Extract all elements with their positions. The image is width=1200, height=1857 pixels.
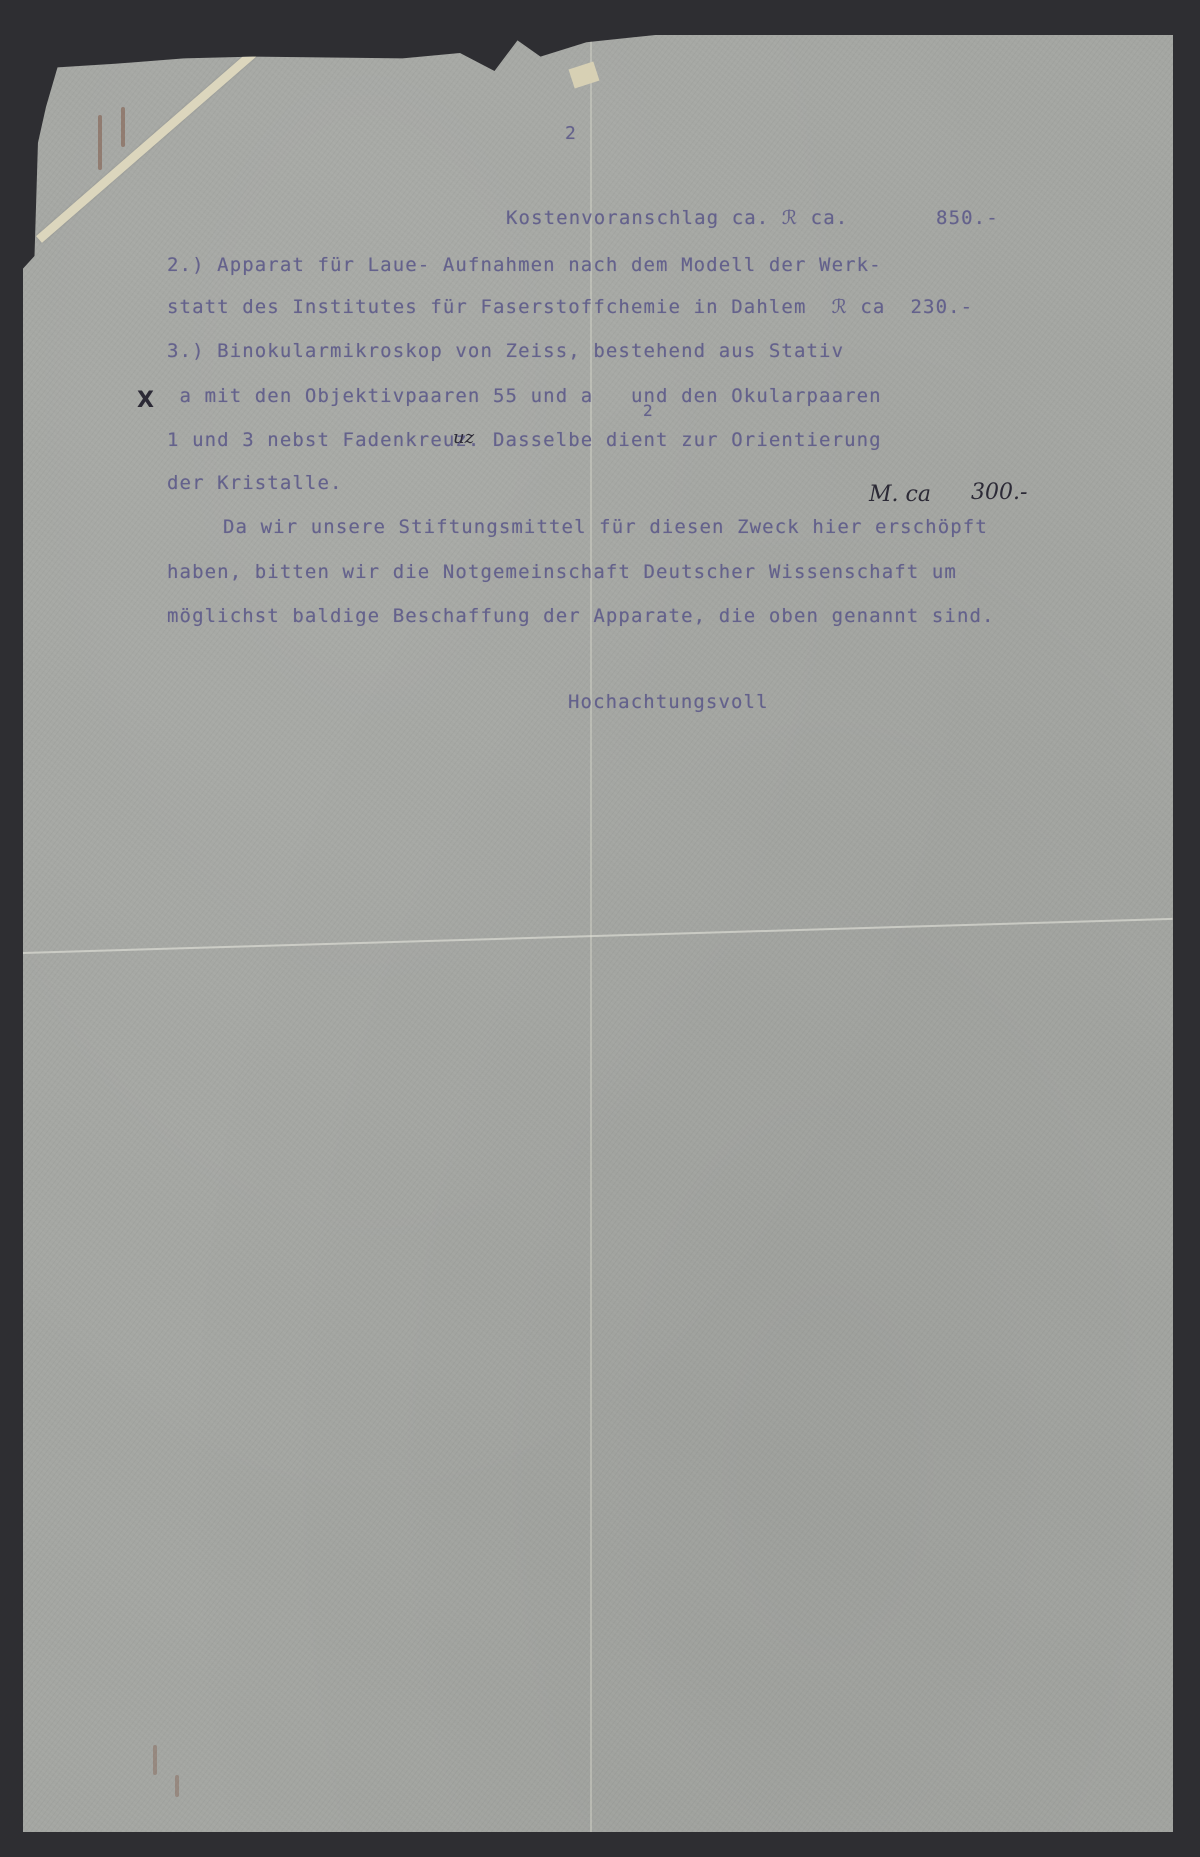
item-3-line-3: 1 und 3 nebst Fadenkreuz. Dasselbe dient… xyxy=(167,429,882,451)
handwritten-correction: uz xyxy=(453,427,474,448)
horizontal-fold-line xyxy=(23,918,1173,954)
handwritten-margin-mark: X xyxy=(137,388,154,413)
item-3-line-2: a mit den Objektivpaaren 55 und a und de… xyxy=(167,385,882,407)
subscript-index: 2 xyxy=(643,401,654,420)
paragraph-line-3: möglichst baldige Beschaffung der Appara… xyxy=(167,605,995,627)
page-number: 2 xyxy=(565,123,577,144)
item-2-line-2: statt des Institutes für Faserstoffchemi… xyxy=(167,296,973,318)
paragraph-line-2: haben, bitten wir die Notgemeinschaft De… xyxy=(167,561,957,583)
repair-tape-small xyxy=(569,61,600,88)
rust-stain xyxy=(121,107,125,147)
document-page: 2 Kostenvoranschlag ca. ℛ ca. 850.- 2.) … xyxy=(23,35,1173,1832)
paragraph-line-1: Da wir unsere Stiftungsmittel für diesen… xyxy=(223,516,988,538)
handwritten-amount-prefix: M. ca xyxy=(869,482,931,507)
closing-salutation: Hochachtungsvoll xyxy=(568,691,769,713)
rust-stain xyxy=(153,1745,157,1775)
item-2-line-1: 2.) Apparat für Laue- Aufnahmen nach dem… xyxy=(167,254,882,276)
item-3-line-4: der Kristalle. xyxy=(167,472,343,494)
rust-stain xyxy=(175,1775,179,1797)
handwritten-amount-value: 300.- xyxy=(971,480,1027,505)
repair-tape-strip xyxy=(36,46,261,243)
item-3-line-1: 3.) Binokularmikroskop von Zeiss, besteh… xyxy=(167,340,844,362)
cost-estimate-line: Kostenvoranschlag ca. ℛ ca. 850.- xyxy=(506,207,999,229)
rust-stain xyxy=(98,115,102,170)
